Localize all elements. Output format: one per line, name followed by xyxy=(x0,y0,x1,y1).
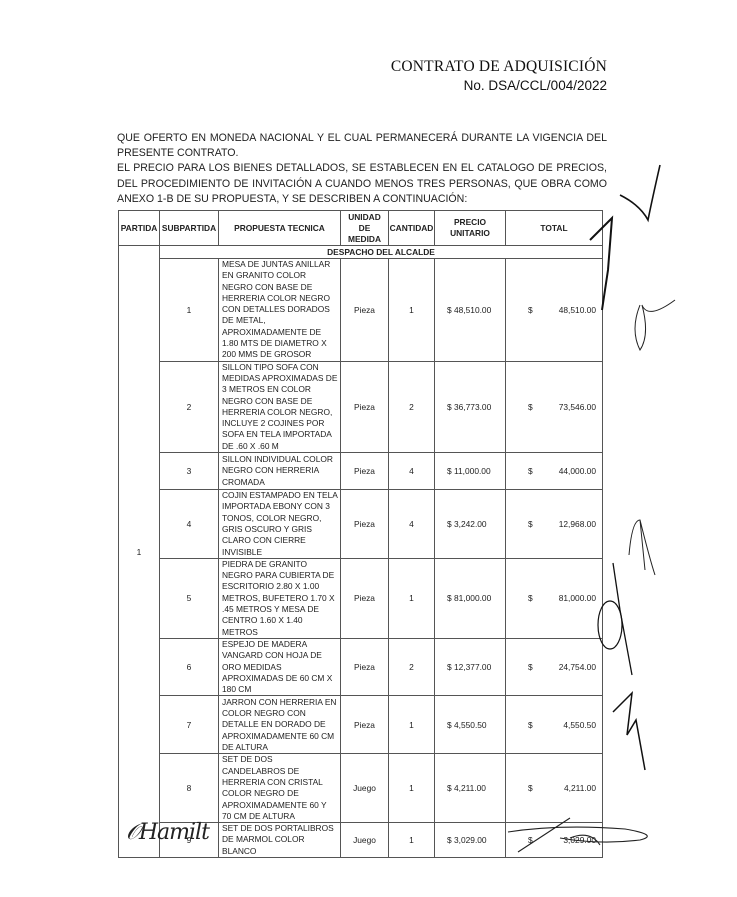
unit-cell: Juego xyxy=(341,823,389,858)
total-amount: 4,550.50 xyxy=(563,720,596,730)
description-cell: SET DE DOS PORTALIBROS DE MARMOL COLOR B… xyxy=(219,823,341,858)
table-row: 1MESA DE JUNTAS ANILLAR EN GRANITO COLOR… xyxy=(119,259,603,362)
partida-cell: 1 xyxy=(119,246,160,858)
section-row: 1 DESPACHO DEL ALCALDE xyxy=(119,246,603,259)
total-cell: $48,510.00 xyxy=(506,259,603,362)
total-amount: 44,000.00 xyxy=(559,466,596,476)
table-row: 4COJIN ESTAMPADO EN TELA IMPORTADA EBONY… xyxy=(119,490,603,559)
description-cell: ESPEJO DE MADERA VANGARD CON HOJA DE ORO… xyxy=(219,638,341,695)
table-row: 7JARRON CON HERRERIA EN COLOR NEGRO CON … xyxy=(119,696,603,754)
total-amount: 48,510.00 xyxy=(559,305,596,315)
total-cell: $12,968.00 xyxy=(506,490,603,559)
contract-number: No. DSA/CCL/004/2022 xyxy=(464,78,607,93)
scribble-initial-icon xyxy=(629,520,655,575)
subpartida-cell: 6 xyxy=(160,638,219,695)
currency-symbol: $ xyxy=(528,835,533,845)
unit-price-cell: $ 12,377.00 xyxy=(435,638,506,695)
currency-symbol: $ xyxy=(528,720,533,730)
total-amount: 24,754.00 xyxy=(559,662,596,672)
quantity-cell: 4 xyxy=(389,453,435,490)
total-cell: $3,029.00 xyxy=(506,823,603,858)
total-cell: $4,550.50 xyxy=(506,696,603,754)
unit-price-cell: $ 11,000.00 xyxy=(435,453,506,490)
unit-price-cell: $ 81,000.00 xyxy=(435,558,506,638)
intro-paragraph-2: EL PRECIO PARA LOS BIENES DETALLADOS, SE… xyxy=(117,161,607,207)
quantity-cell: 1 xyxy=(389,259,435,362)
description-cell: SILLON TIPO SOFA CON MEDIDAS APROXIMADAS… xyxy=(219,361,341,452)
total-cell: $44,000.00 xyxy=(506,453,603,490)
unit-price-cell: $ 3,029.00 xyxy=(435,823,506,858)
currency-symbol: $ xyxy=(528,662,533,672)
header-subpartida: SUBPARTIDA xyxy=(160,211,219,246)
unit-cell: Pieza xyxy=(341,259,389,362)
table-header-row: PARTIDA SUBPARTIDA PROPUESTA TECNICA UNI… xyxy=(119,211,603,246)
intro-text: QUE OFERTO EN MONEDA NACIONAL Y EL CUAL … xyxy=(117,131,607,207)
unit-price-cell: $ 48,510.00 xyxy=(435,259,506,362)
header-partida: PARTIDA xyxy=(119,211,160,246)
unit-cell: Pieza xyxy=(341,361,389,452)
quantity-cell: 1 xyxy=(389,754,435,823)
quantity-cell: 4 xyxy=(389,490,435,559)
description-cell: SET DE DOS CANDELABROS DE HERRERIA CON C… xyxy=(219,754,341,823)
subpartida-cell: 4 xyxy=(160,490,219,559)
document-title: CONTRATO DE ADQUISICIÓN xyxy=(391,58,607,76)
items-table: PARTIDA SUBPARTIDA PROPUESTA TECNICA UNI… xyxy=(118,210,603,858)
total-cell: $24,754.00 xyxy=(506,638,603,695)
currency-symbol: $ xyxy=(528,783,533,793)
table-row: 3SILLON INDIVIDUAL COLOR NEGRO CON HERRE… xyxy=(119,453,603,490)
description-cell: PIEDRA DE GRANITO NEGRO PARA CUBIERTA DE… xyxy=(219,558,341,638)
total-amount: 12,968.00 xyxy=(559,519,596,529)
table-row: 6ESPEJO DE MADERA VANGARD CON HOJA DE OR… xyxy=(119,638,603,695)
description-cell: MESA DE JUNTAS ANILLAR EN GRANITO COLOR … xyxy=(219,259,341,362)
unit-cell: Pieza xyxy=(341,558,389,638)
total-amount: 81,000.00 xyxy=(559,593,596,603)
table-row: 8SET DE DOS CANDELABROS DE HERRERIA CON … xyxy=(119,754,603,823)
unit-cell: Pieza xyxy=(341,696,389,754)
unit-price-cell: $ 36,773.00 xyxy=(435,361,506,452)
header-propuesta: PROPUESTA TECNICA xyxy=(219,211,341,246)
quantity-cell: 1 xyxy=(389,558,435,638)
header-cantidad: CANTIDAD xyxy=(389,211,435,246)
total-amount: 3,029.00 xyxy=(563,835,596,845)
unit-price-cell: $ 4,550.50 xyxy=(435,696,506,754)
subpartida-cell: 7 xyxy=(160,696,219,754)
unit-price-cell: $ 3,242.00 xyxy=(435,490,506,559)
currency-symbol: $ xyxy=(528,305,533,315)
currency-symbol: $ xyxy=(528,466,533,476)
subpartida-cell: 3 xyxy=(160,453,219,490)
unit-cell: Pieza xyxy=(341,638,389,695)
quantity-cell: 2 xyxy=(389,361,435,452)
intro-paragraph-1: QUE OFERTO EN MONEDA NACIONAL Y EL CUAL … xyxy=(117,131,607,161)
loop-initial-icon xyxy=(635,300,675,350)
currency-symbol: $ xyxy=(528,402,533,412)
unit-price-cell: $ 4,211.00 xyxy=(435,754,506,823)
section-title: DESPACHO DEL ALCALDE xyxy=(160,246,603,259)
quantity-cell: 1 xyxy=(389,823,435,858)
total-cell: $73,546.00 xyxy=(506,361,603,452)
currency-symbol: $ xyxy=(528,593,533,603)
total-amount: 73,546.00 xyxy=(559,402,596,412)
description-cell: SILLON INDIVIDUAL COLOR NEGRO CON HERRER… xyxy=(219,453,341,490)
signature-left: 𝒪Hamilt xyxy=(126,820,209,845)
description-cell: COJIN ESTAMPADO EN TELA IMPORTADA EBONY … xyxy=(219,490,341,559)
table-row: 5PIEDRA DE GRANITO NEGRO PARA CUBIERTA D… xyxy=(119,558,603,638)
angle-initial-icon xyxy=(613,693,645,770)
subpartida-cell: 8 xyxy=(160,754,219,823)
unit-cell: Pieza xyxy=(341,490,389,559)
header-total: TOTAL xyxy=(506,211,603,246)
unit-cell: Pieza xyxy=(341,453,389,490)
total-cell: $4,211.00 xyxy=(506,754,603,823)
vertical-stroke-icon xyxy=(613,563,632,675)
subpartida-cell: 5 xyxy=(160,558,219,638)
unit-cell: Juego xyxy=(341,754,389,823)
description-cell: JARRON CON HERRERIA EN COLOR NEGRO CON D… xyxy=(219,696,341,754)
subpartida-cell: 2 xyxy=(160,361,219,452)
table-row: 2SILLON TIPO SOFA CON MEDIDAS APROXIMADA… xyxy=(119,361,603,452)
quantity-cell: 2 xyxy=(389,638,435,695)
checkmark-icon xyxy=(620,165,660,220)
currency-symbol: $ xyxy=(528,519,533,529)
total-amount: 4,211.00 xyxy=(564,783,596,793)
header-precio: PRECIO UNITARIO xyxy=(435,211,506,246)
subpartida-cell: 1 xyxy=(160,259,219,362)
header-unidad: UNIDAD DE MEDIDA xyxy=(341,211,389,246)
total-cell: $81,000.00 xyxy=(506,558,603,638)
quantity-cell: 1 xyxy=(389,696,435,754)
